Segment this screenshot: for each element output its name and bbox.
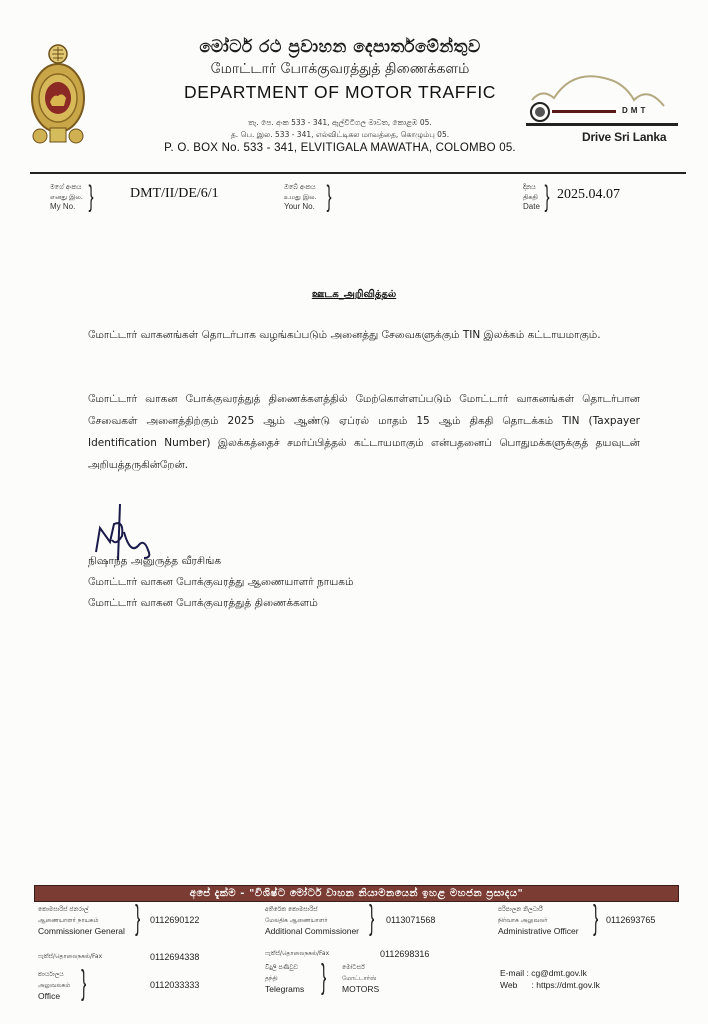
dept-name-tamil: மோட்டார் போக்குவரத்துத் திணைக்களம் (150, 59, 530, 79)
administrative-officer-phone: 0112693765 (606, 915, 655, 925)
signatory-name: நிஷாந்த அனுருத்த வீரசிங்க (88, 551, 353, 572)
notice-title: ஊடக_அறிவித்தல் (0, 289, 708, 301)
web-link[interactable]: https://dmt.gov.lk (536, 980, 600, 990)
header-divider (30, 172, 686, 174)
your-no-label: ඔබේ අංකය உமது இல. Your No. (284, 182, 317, 212)
email-row: E-mail : cg@dmt.gov.lk (500, 968, 587, 979)
dmt-logo: DMT Drive Sri Lanka (522, 72, 682, 152)
brace: } (593, 901, 598, 935)
dept-name-sinhala: මෝටර් රථ ප්‍රවාහන දෙපාර්තමේන්තුව (150, 36, 530, 58)
dept-name-english: DEPARTMENT OF MOTOR TRAFFIC (150, 81, 530, 103)
brace: } (89, 182, 94, 212)
address-tamil: த. பெ. இல. 533 - 341, எல்விட்டிகல மாவத்த… (150, 129, 530, 141)
telegrams-value: මෝටර්ස් மோட்டார்ஸ் MOTORS (342, 963, 379, 995)
notice-paragraph-1: மோட்டார் வாகனங்கள் தொடர்பாக வழங்கப்படும்… (88, 324, 640, 346)
logo-abbr: DMT (622, 106, 648, 115)
my-no-value: DMT/II/DE/6/1 (130, 186, 219, 202)
signatory-title: மோட்டார் வாகன போக்குவரத்து ஆணையாளர் நாயக… (88, 572, 353, 593)
office-label: කාර්යාලය அலுவலகம் Office (38, 970, 70, 1002)
national-emblem-icon (30, 40, 86, 150)
commissioner-general-phone: 0112690122 (150, 915, 199, 925)
brace: } (327, 182, 332, 212)
reference-row: මගේ අංකය எனது இல. My No. } DMT/II/DE/6/1… (0, 178, 708, 218)
brace: } (81, 966, 86, 1000)
commissioner-general-label: කොමසාරිස් ජනරාල් ஆணையாளர் நாயகம் Commiss… (38, 905, 125, 937)
date-value: 2025.04.07 (557, 187, 620, 203)
additional-commissioner-label: අතිරේක කොමසාරිස් மேலதிக ஆணையாளர் Additio… (265, 905, 359, 937)
brace: } (545, 182, 550, 212)
brace: } (321, 960, 326, 994)
letter-page: මෝටර් රථ ප්‍රවාහන දෙපාර්තමේන්තුව மோட்டார… (0, 0, 708, 1024)
additional-commissioner-phone: 0113071568 (386, 915, 435, 925)
date-label: දිනය திகதி Date (523, 182, 540, 212)
fax-label: ෆැක්ස්/தொலைநகல்/Fax (265, 949, 329, 960)
email-link[interactable]: cg@dmt.gov.lk (531, 968, 587, 978)
fax-number: 0112698316 (380, 949, 429, 959)
notice-paragraph-2: மோட்டார் வாகன போக்குவரத்துத் திணைக்களத்த… (88, 388, 640, 476)
fax-label: ෆැක්ස්/தொலைநகல்/Fax (38, 952, 102, 963)
address-english: P. O. BOX No. 533 - 341, ELVITIGALA MAWA… (150, 141, 530, 156)
signatory-block: நிஷாந்த அனுருத்த வீரசிங்க மோட்டார் வாகன … (88, 551, 353, 614)
telegrams-label: විදුලි පණිවුඩ தந்தி Telegrams (265, 963, 304, 995)
letterhead: මෝටර් රථ ප්‍රවාහන දෙපාර්තමේන්තුව மோட்டார… (150, 36, 530, 156)
administrative-officer-label: පරිපාලන නිලධාරී நிர்வாக அலுவலர் Administ… (498, 905, 579, 937)
my-no-label: මගේ අංකය எனது இல. My No. (50, 182, 83, 212)
brace: } (135, 901, 140, 935)
web-row: Web : https://dmt.gov.lk (500, 980, 600, 991)
address-sinhala: තැ. පෙ. අංක 533 - 341, ඇල්විටිගල මාවත, ක… (150, 117, 530, 129)
fax-number: 0112694338 (150, 952, 199, 962)
brace: } (369, 901, 374, 935)
office-phone: 0112033333 (150, 980, 199, 990)
signatory-department: மோட்டார் வாகன போக்குவரத்துத் திணைக்களம் (88, 593, 353, 614)
vision-banner: අපේ දැක්ම - "විශිෂ්ට මෝටර් වාහන නියාමනයෙ… (34, 885, 679, 902)
logo-tagline: Drive Sri Lanka (582, 130, 666, 144)
